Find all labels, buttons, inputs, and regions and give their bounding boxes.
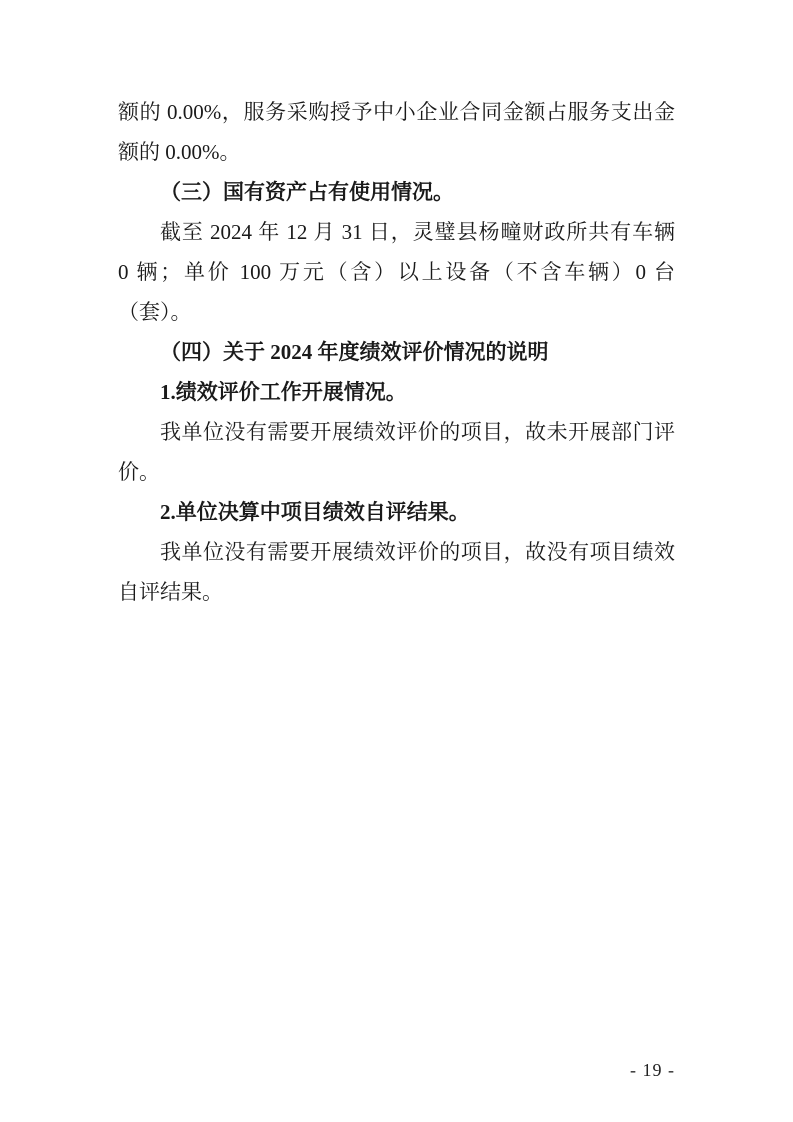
page-number: - 19 - — [118, 1058, 675, 1082]
section-3-heading: （三）国有资产占有使用情况。 — [118, 172, 675, 212]
section-4-item-1-body-line-2: 价。 — [118, 452, 675, 492]
page-content: 额的 0.00%，服务采购授予中小企业合同金额占服务支出金 额的 0.00%。 … — [118, 92, 675, 612]
section-3-body-line-1: 截至 2024 年 12 月 31 日，灵璧县杨疃财政所共有车辆 — [118, 212, 675, 252]
section-3-body-line-3: （套）。 — [118, 292, 675, 332]
body-line-continuation-1: 额的 0.00%，服务采购授予中小企业合同金额占服务支出金 — [118, 92, 675, 132]
body-line-continuation-2: 额的 0.00%。 — [118, 132, 675, 172]
section-4-item-2-body-line-1: 我单位没有需要开展绩效评价的项目，故没有项目绩效 — [118, 532, 675, 572]
section-4-item-1-heading: 1.绩效评价工作开展情况。 — [118, 372, 675, 412]
document-page: 额的 0.00%，服务采购授予中小企业合同金额占服务支出金 额的 0.00%。 … — [0, 0, 793, 1122]
section-3-body-line-2: 0 辆；单价 100 万元（含）以上设备（不含车辆）0 台 — [118, 252, 675, 292]
section-4-item-1-body-line-1: 我单位没有需要开展绩效评价的项目，故未开展部门评 — [118, 412, 675, 452]
section-4-item-2-body-line-2: 自评结果。 — [118, 572, 675, 612]
section-4-heading: （四）关于 2024 年度绩效评价情况的说明 — [118, 332, 675, 372]
section-4-item-2-heading: 2.单位决算中项目绩效自评结果。 — [118, 492, 675, 532]
